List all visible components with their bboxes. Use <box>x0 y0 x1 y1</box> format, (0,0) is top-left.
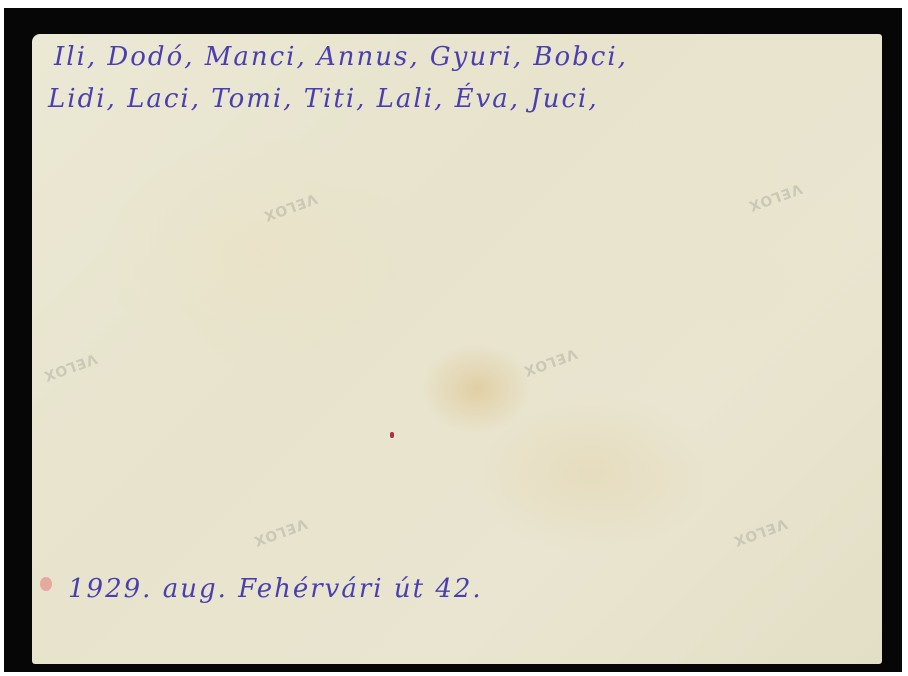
velox-watermark: VELOX <box>41 350 99 384</box>
velox-watermark: VELOX <box>251 515 309 549</box>
velox-watermark: VELOX <box>731 515 789 549</box>
handwritten-date-address: 1929. aug. Fehérvári út 42. <box>68 574 483 604</box>
handwritten-names-line-2: Lidi, Laci, Tomi, Titi, Lali, Éva, Juci, <box>48 84 599 114</box>
ink-speck <box>390 432 394 438</box>
velox-watermark: VELOX <box>261 190 319 224</box>
scan-border: Ili, Dodó, Manci, Annus, Gyuri, Bobci, L… <box>4 8 902 672</box>
velox-watermark: VELOX <box>746 180 804 214</box>
photo-back-card: Ili, Dodó, Manci, Annus, Gyuri, Bobci, L… <box>32 34 882 664</box>
velox-watermark: VELOX <box>521 345 579 379</box>
handwritten-names-line-1: Ili, Dodó, Manci, Annus, Gyuri, Bobci, <box>54 42 628 72</box>
red-stain <box>40 577 52 591</box>
